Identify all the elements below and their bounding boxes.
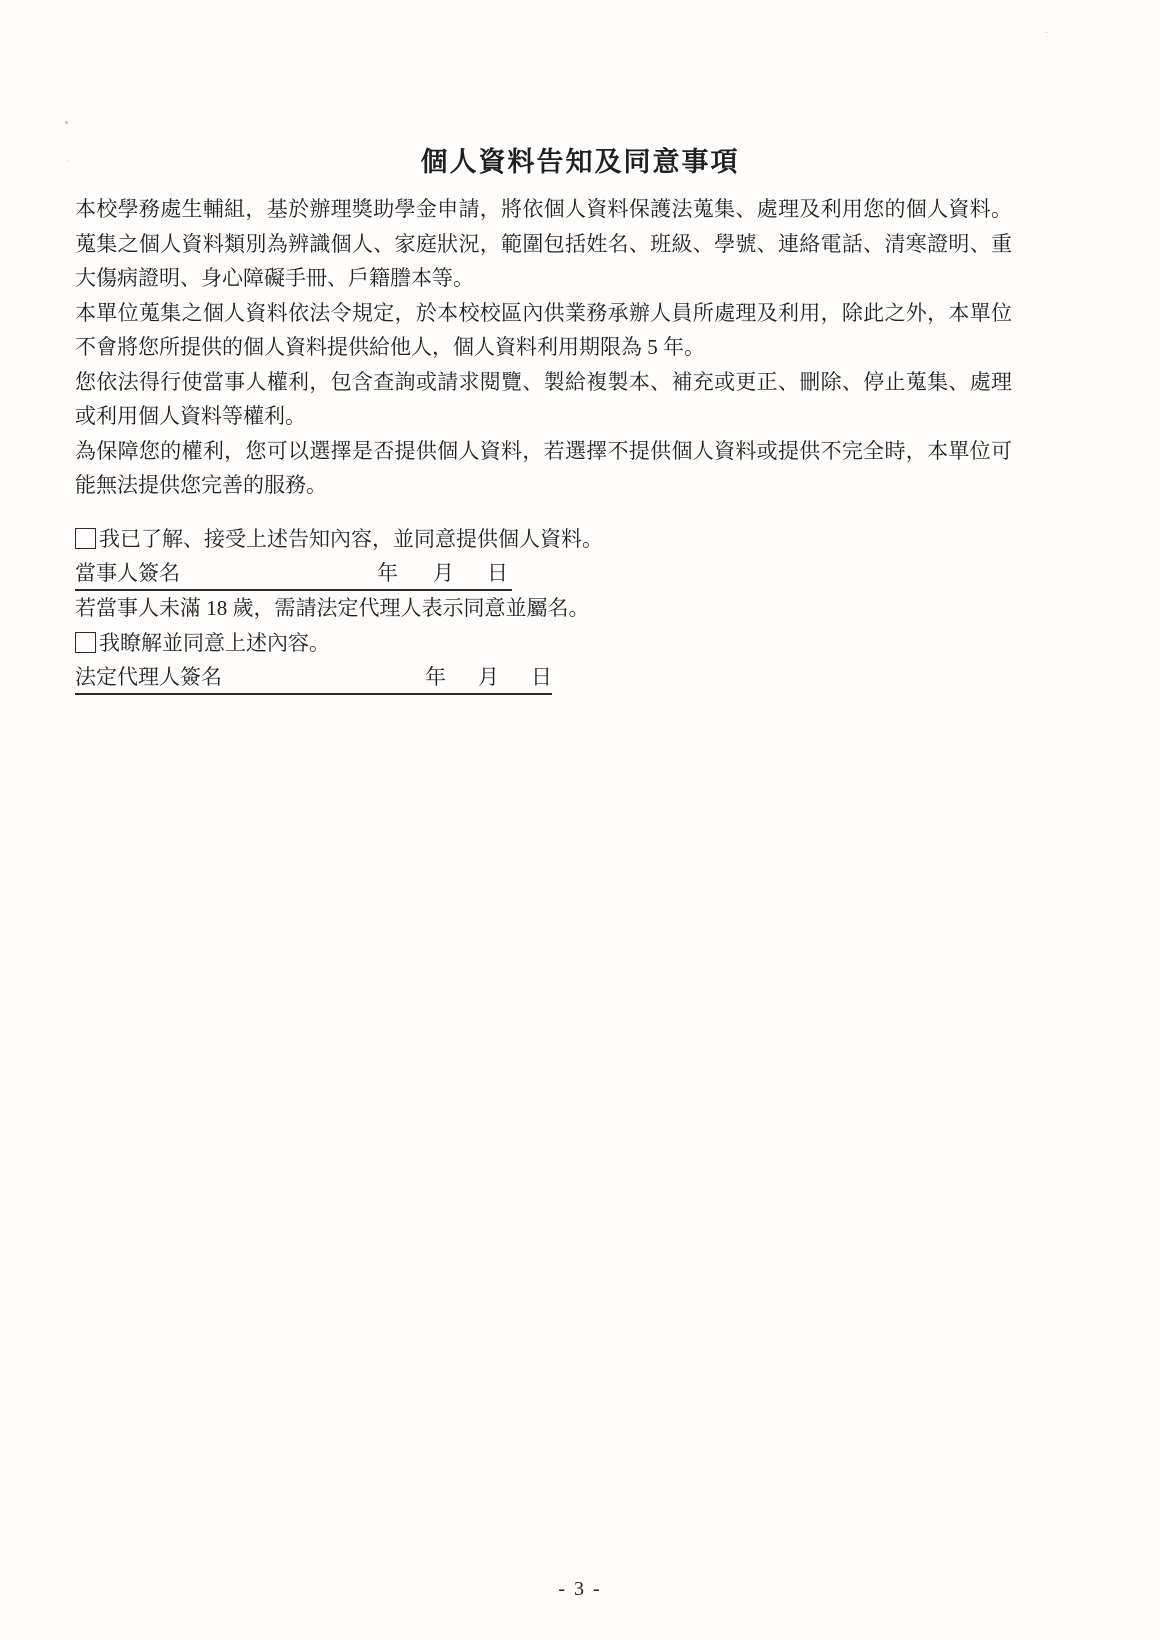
consent-checkbox-1[interactable] [75,528,96,549]
signature-line-party[interactable]: 當事人簽名 年 月 日 [75,556,512,591]
month-label-2: 月 [478,660,499,695]
consent-statement-1: 我已了解、接受上述告知內容，並同意提供個人資料。 [75,522,1012,557]
day-label-1: 日 [487,556,508,591]
scanned-document-page: 個人資料告知及同意事項 本校學務處生輔組，基於辦理獎助學金申請，將依個人資料保護… [0,0,1160,1640]
paragraph-choice: 為保障您的權利，您可以選擇是否提供個人資料，若選擇不提供個人資料或提供不完全時，… [75,434,1012,503]
signature-label-party: 當事人簽名 [75,556,180,591]
consent-checkbox-2[interactable] [75,632,96,653]
signature-label-guardian: 法定代理人簽名 [75,660,222,695]
paragraph-rights: 您依法得行使當事人權利，包含查詢或請求閱覽、製給複製本、補充或更正、刪除、停止蒐… [75,365,1012,434]
minor-guardian-note: 若當事人未滿 18 歲，需請法定代理人表示同意並屬名。 [75,591,1012,626]
page-number: - 3 - [0,1578,1160,1601]
year-label-1: 年 [377,556,398,591]
signature-line-guardian[interactable]: 法定代理人簽名 年 月 日 [75,660,552,695]
document-body: 本校學務處生輔組，基於辦理獎助學金申請，將依個人資料保護法蒐集、處理及利用您的個… [75,192,1012,695]
day-label-2: 日 [531,660,552,695]
consent-label-2: 我瞭解並同意上述內容。 [99,626,330,661]
consent-statement-2: 我瞭解並同意上述內容。 [75,626,1012,661]
page-title: 個人資料告知及同意事項 [0,140,1160,179]
scan-noise [65,121,68,124]
year-label-2: 年 [425,660,446,695]
paragraph-usage-scope: 本單位蒐集之個人資料依法令規定，於本校校區內供業務承辦人員所處理及利用，除此之外… [75,296,1012,365]
consent-label-1: 我已了解、接受上述告知內容，並同意提供個人資料。 [99,522,603,557]
month-label-1: 月 [433,556,454,591]
paragraph-collection-purpose: 本校學務處生輔組，基於辦理獎助學金申請，將依個人資料保護法蒐集、處理及利用您的個… [75,192,1012,296]
